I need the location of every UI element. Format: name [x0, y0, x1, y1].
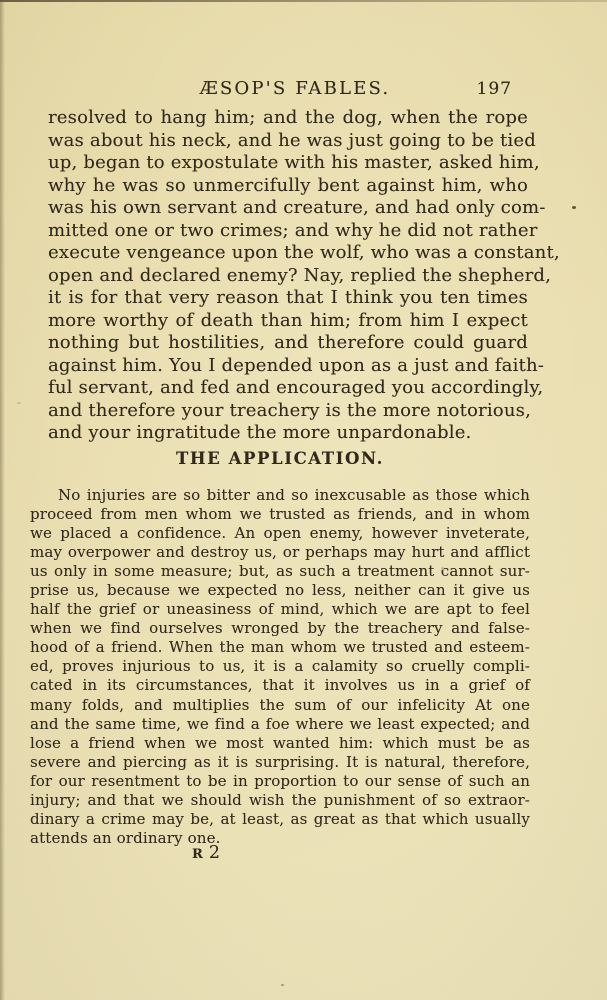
text-line: open and declared enemy? Nay, replied th… [48, 265, 528, 288]
text-line: half the grief or uneasiness of mind, wh… [30, 600, 530, 619]
text-line: ed, proves injurious to us, it is a cala… [30, 657, 530, 676]
text-line: was about his neck, and he was just goin… [48, 130, 528, 153]
text-line: was his own servant and creature, and ha… [48, 197, 528, 220]
text-line: why he was so unmercifully bent against … [48, 175, 528, 198]
page-top-edge-shadow [0, 0, 607, 2]
text-line: attends an ordinary one. [30, 829, 530, 848]
running-head-title: ÆSOP'S FABLES. [48, 78, 528, 99]
text-line: when we find ourselves wronged by the tr… [30, 619, 530, 638]
text-line: proceed from men whom we trusted as frie… [30, 505, 530, 524]
paper-speck [281, 984, 284, 986]
text-line: hood of a friend. When the man whom we t… [30, 638, 530, 657]
text-line: nothing but hostilities, and therefore c… [48, 332, 528, 355]
text-line: we placed a confidence. An open enemy, h… [30, 524, 530, 543]
text-line: cated in its circumstances, that it invo… [30, 676, 530, 695]
page-left-edge-shadow [0, 0, 5, 1000]
text-line: more worthy of death than him; from him … [48, 310, 528, 333]
text-line: dinary a crime may be, at least, as grea… [30, 810, 530, 829]
paper-speck [17, 402, 21, 404]
signature-letter: R [192, 847, 204, 862]
signature-number: 2 [209, 843, 220, 863]
text-line: lose a friend when we most wanted him: w… [30, 734, 530, 753]
fable-continuation-paragraph: resolved to hang him; and the dog, when … [48, 107, 528, 445]
paper-speck [572, 206, 576, 209]
text-line: and your ingratitude the more unpardonab… [48, 422, 528, 445]
book-page: ÆSOP'S FABLES. 197 resolved to hang him;… [0, 0, 607, 1000]
signature-mark: R2 [192, 843, 220, 863]
application-heading: THE APPLICATION. [30, 449, 530, 468]
running-head-row: ÆSOP'S FABLES. 197 [48, 78, 528, 100]
text-line: resolved to hang him; and the dog, when … [48, 107, 528, 130]
text-line: execute vengeance upon the wolf, who was… [48, 242, 528, 265]
text-line: it is for that very reason that I think … [48, 287, 528, 310]
text-line: ful servant, and fed and encouraged you … [48, 377, 528, 400]
text-line: severe and piercing as it is surprising.… [30, 753, 530, 772]
text-line: many folds, and multiplies the sum of ou… [30, 696, 530, 715]
text-line: mitted one or two crimes; and why he did… [48, 220, 528, 243]
text-line: prise us, because we expected no less, n… [30, 581, 530, 600]
text-line: against him. You I depended upon as a ju… [48, 355, 528, 378]
text-line: and therefore your treachery is the more… [48, 400, 528, 423]
text-line: may overpower and destroy us, or perhaps… [30, 543, 530, 562]
text-line: up, began to expostulate with his master… [48, 152, 528, 175]
text-line: us only in some measure; but, as such a … [30, 562, 530, 581]
text-line: and the same time, we find a foe where w… [30, 715, 530, 734]
page-number: 197 [477, 79, 512, 99]
text-line: No injuries are so bitter and so inexcus… [30, 486, 530, 505]
text-line: for our resentment to be in proportion t… [30, 772, 530, 791]
text-line: injury; and that we should wish the puni… [30, 791, 530, 810]
application-paragraph: No injuries are so bitter and so inexcus… [30, 486, 530, 848]
